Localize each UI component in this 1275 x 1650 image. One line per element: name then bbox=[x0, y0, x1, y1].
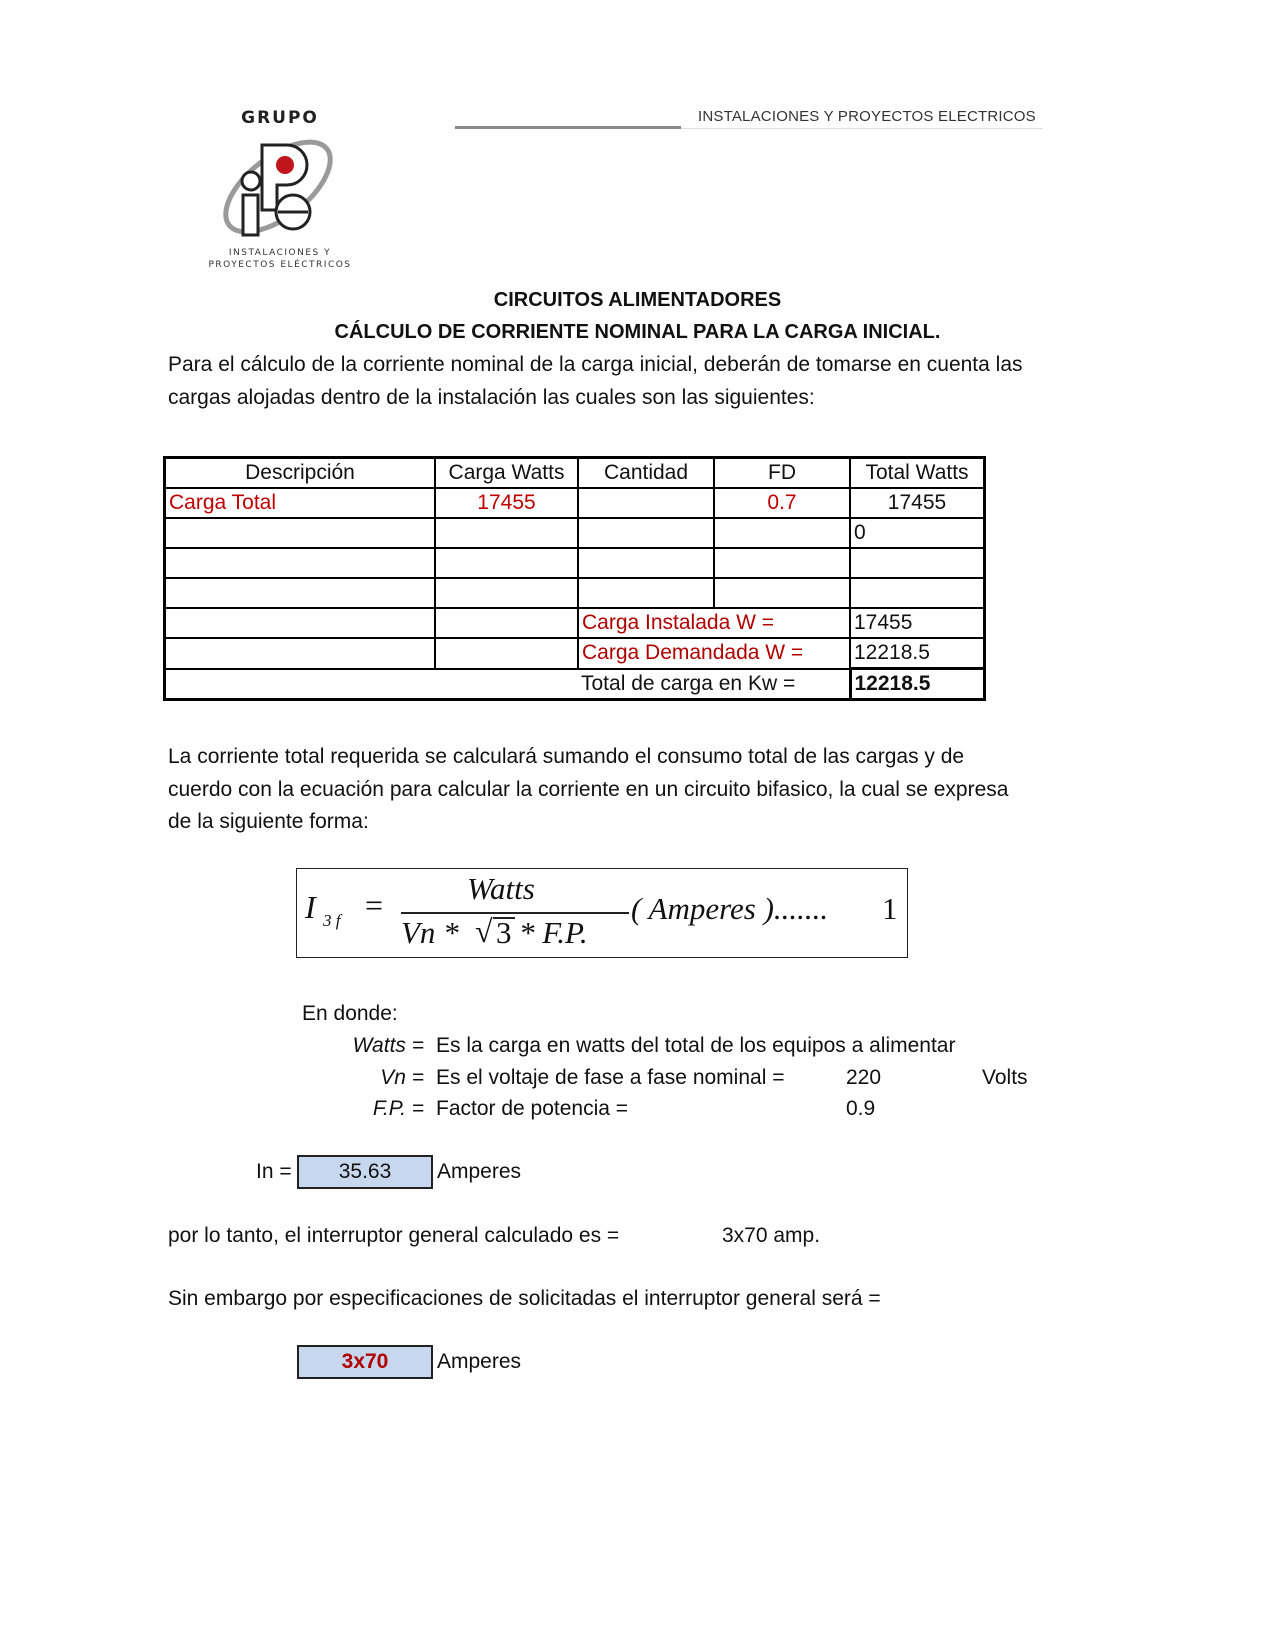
def-text-watts: Es la carga en watts del total de los eq… bbox=[436, 1029, 955, 1062]
formula-units: ( Amperes )....... bbox=[631, 891, 828, 927]
current-formula: I 3 f = Watts Vn * √ 3 * F.P. ( Amperes … bbox=[296, 868, 908, 958]
def-unit-vn: Volts bbox=[982, 1061, 1028, 1094]
cell-empty bbox=[165, 669, 436, 700]
table-row: 0 bbox=[165, 518, 985, 548]
formula-denominator-a: Vn * bbox=[401, 915, 459, 951]
cell-quantity[interactable] bbox=[578, 488, 714, 518]
def-text-fp: Factor de potencia = bbox=[436, 1092, 628, 1125]
cell-load-watts[interactable]: 17455 bbox=[435, 488, 578, 518]
formula-equals: = bbox=[365, 887, 383, 924]
cell-quantity[interactable] bbox=[578, 548, 714, 578]
spec-breaker-value-box[interactable]: 3x70 bbox=[297, 1345, 433, 1379]
def-symbol-fp: F.P. = bbox=[300, 1092, 424, 1125]
spec-breaker-text: Sin embargo por especificaciones de soli… bbox=[168, 1282, 881, 1315]
cell-description[interactable]: Carga Total bbox=[165, 488, 436, 518]
installed-load-label: Carga Instalada W = bbox=[578, 608, 850, 638]
calc-breaker-text: por lo tanto, el interruptor general cal… bbox=[168, 1219, 619, 1252]
cell-empty bbox=[165, 638, 436, 669]
cell-load-watts[interactable] bbox=[435, 548, 578, 578]
table-row bbox=[165, 578, 985, 608]
cell-total-watts[interactable]: 0 bbox=[850, 518, 985, 548]
sqrt-icon: √ bbox=[475, 913, 493, 950]
cell-total-watts[interactable] bbox=[850, 578, 985, 608]
intro-line-2: cargas alojadas dentro de la instalación… bbox=[168, 381, 815, 414]
definitions-intro: En donde: bbox=[302, 997, 398, 1030]
calc-breaker-value: 3x70 amp. bbox=[722, 1219, 820, 1252]
logo-line1: INSTALACIONES Y bbox=[229, 248, 331, 258]
table-row bbox=[165, 548, 985, 578]
cell-load-watts[interactable] bbox=[435, 578, 578, 608]
header-load-watts: Carga Watts bbox=[435, 458, 578, 489]
explanation-line-1: La corriente total requerida se calcular… bbox=[168, 740, 964, 773]
def-symbol-vn: Vn = bbox=[300, 1061, 424, 1094]
company-logo: GRUPO INSTALACIONES Y PROYECTOS ELÉCTRIC… bbox=[180, 105, 380, 275]
document-title: CIRCUITOS ALIMENTADORES bbox=[0, 284, 1275, 317]
formula-denominator-b: * F.P. bbox=[519, 915, 588, 951]
header-rule-dark bbox=[455, 126, 681, 129]
explanation-line-3: de la siguiente forma: bbox=[168, 805, 369, 838]
demanded-load-label: Carga Demandada W = bbox=[578, 638, 850, 669]
formula-numerator: Watts bbox=[467, 871, 535, 907]
cell-description[interactable] bbox=[165, 548, 436, 578]
header-total-watts: Total Watts bbox=[850, 458, 985, 489]
def-value-vn: 220 bbox=[846, 1061, 881, 1094]
in-value-box[interactable]: 35.63 bbox=[297, 1155, 433, 1189]
def-value-fp: 0.9 bbox=[846, 1092, 875, 1125]
cell-fd[interactable] bbox=[714, 578, 850, 608]
cell-empty bbox=[435, 638, 578, 669]
cell-fd[interactable] bbox=[714, 548, 850, 578]
demanded-load-row: Carga Demandada W = 12218.5 bbox=[165, 638, 985, 669]
cell-load-watts[interactable] bbox=[435, 518, 578, 548]
explanation-line-2: cuerdo con la ecuación para calcular la … bbox=[168, 773, 1008, 806]
document-subtitle: CÁLCULO DE CORRIENTE NOMINAL PARA LA CAR… bbox=[0, 316, 1275, 349]
cell-total-watts[interactable]: 17455 bbox=[850, 488, 985, 518]
logo-grupo-text: GRUPO bbox=[241, 108, 319, 128]
installed-load-row: Carga Instalada W = 17455 bbox=[165, 608, 985, 638]
intro-line-1: Para el cálculo de la corriente nominal … bbox=[168, 348, 1023, 381]
spec-breaker-unit: Amperes bbox=[437, 1345, 521, 1378]
installed-load-value[interactable]: 17455 bbox=[850, 608, 985, 638]
cell-quantity[interactable] bbox=[578, 578, 714, 608]
cell-fd[interactable]: 0.7 bbox=[714, 488, 850, 518]
total-kw-value[interactable]: 12218.5 bbox=[850, 669, 985, 700]
header-rule-light bbox=[681, 128, 1043, 129]
cell-empty bbox=[435, 608, 578, 638]
total-kw-label: Total de carga en Kw = bbox=[578, 669, 850, 700]
formula-sqrt-arg: 3 bbox=[496, 915, 512, 951]
header-description: Descripción bbox=[165, 458, 436, 489]
def-text-vn: Es el voltaje de fase a fase nominal = bbox=[436, 1061, 784, 1094]
cell-empty bbox=[435, 669, 578, 700]
def-symbol-watts: Watts = bbox=[300, 1029, 424, 1062]
cell-total-watts[interactable] bbox=[850, 548, 985, 578]
demanded-load-value[interactable]: 12218.5 bbox=[850, 638, 985, 669]
logo-line2: PROYECTOS ELÉCTRICOS bbox=[208, 258, 351, 270]
load-table: Descripción Carga Watts Cantidad FD Tota… bbox=[163, 456, 986, 701]
in-unit: Amperes bbox=[437, 1155, 521, 1188]
header-quantity: Cantidad bbox=[578, 458, 714, 489]
header-fd: FD bbox=[714, 458, 850, 489]
table-row: Carga Total 17455 0.7 17455 bbox=[165, 488, 985, 518]
cell-quantity[interactable] bbox=[578, 518, 714, 548]
cell-fd[interactable] bbox=[714, 518, 850, 548]
formula-equation-number: 1 bbox=[882, 891, 898, 927]
total-kw-row: Total de carga en Kw = 12218.5 bbox=[165, 669, 985, 700]
formula-lhs: I bbox=[305, 889, 316, 926]
cell-description[interactable] bbox=[165, 578, 436, 608]
in-label: In = bbox=[256, 1155, 292, 1188]
logo-red-dot bbox=[276, 156, 294, 174]
cell-description[interactable] bbox=[165, 518, 436, 548]
cell-empty bbox=[165, 608, 436, 638]
fraction-bar bbox=[401, 912, 629, 914]
formula-lhs-subscript: 3 f bbox=[323, 911, 340, 931]
table-header-row: Descripción Carga Watts Cantidad FD Tota… bbox=[165, 458, 985, 489]
